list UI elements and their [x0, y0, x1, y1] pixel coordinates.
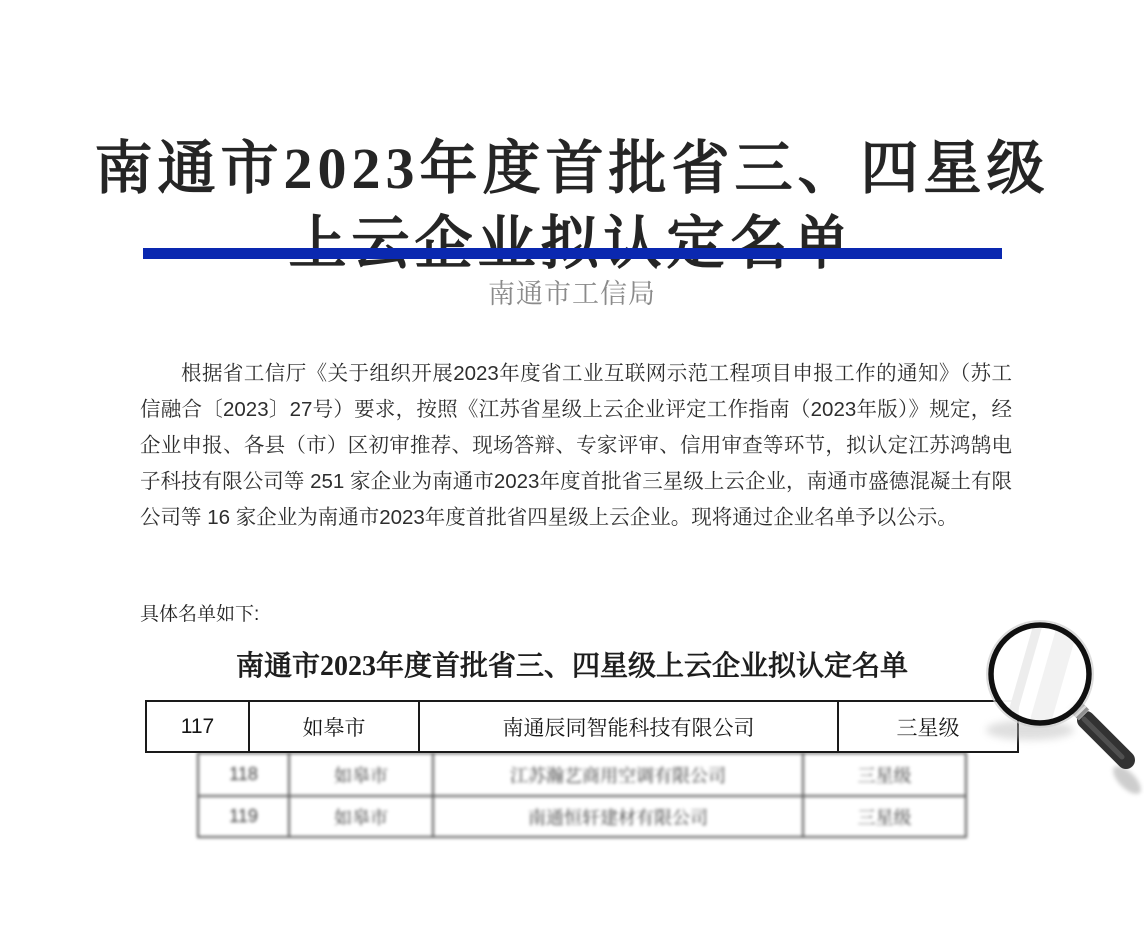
cell-district: 如皋市 — [248, 702, 418, 751]
list-intro: 具体名单如下: — [140, 603, 259, 627]
paragraph-line: 信融合〔2023〕27号）要求，按照《江苏省星级上云企业评定工作指南（2023年… — [140, 392, 1012, 428]
cell-star-level: 三星级 — [802, 754, 965, 795]
cell-star-level: 三星级 — [802, 797, 965, 836]
org-subtitle: 南通市工信局 — [0, 279, 1144, 309]
title-divider — [143, 248, 1002, 259]
magnified-row: 117 如皋市 南通辰同智能科技有限公司 三星级 — [145, 700, 1019, 753]
paragraph-line: 根据省工信厅《关于组织开展2023年度省工业互联网示范工程项目申报工作的通知》（… — [140, 356, 1012, 392]
paragraph-line: 子科技有限公司等 251 家企业为南通市2023年度首批省三星级上云企业，南通市… — [140, 464, 1012, 500]
cell-company: 南通辰同智能科技有限公司 — [418, 702, 837, 751]
cell-no: 118 — [199, 754, 288, 795]
document-page: 南通市2023年度首批省三、四星级 上云企业拟认定名单 南通市工信局 根据省工信… — [0, 0, 1144, 944]
page-title-line-1: 南通市2023年度首批省三、四星级 — [0, 131, 1144, 206]
blurred-table: 118 如皋市 江苏瀚艺商用空调有限公司 三星级 119 如皋市 南通恒轩建材有… — [197, 752, 967, 838]
cell-company: 南通恒轩建材有限公司 — [432, 797, 802, 836]
cell-star-level: 三星级 — [837, 702, 1017, 751]
table-row: 118 如皋市 江苏瀚艺商用空调有限公司 三星级 — [199, 754, 965, 795]
cell-no: 117 — [147, 702, 248, 751]
table-row: 119 如皋市 南通恒轩建材有限公司 三星级 — [199, 795, 965, 836]
cell-district: 如皋市 — [288, 797, 432, 836]
table-title: 南通市2023年度首批省三、四星级上云企业拟认定名单 — [0, 650, 1144, 684]
cell-no: 119 — [199, 797, 288, 836]
cell-company: 江苏瀚艺商用空调有限公司 — [432, 754, 802, 795]
paragraph-line: 企业申报、各县（市）区初审推荐、现场答辩、专家评审、信用审查等环节，拟认定江苏鸿… — [140, 428, 1012, 464]
paragraph-line: 公司等 16 家企业为南通市2023年度首批省四星级上云企业。现将通过企业名单予… — [140, 500, 1012, 536]
cell-district: 如皋市 — [288, 754, 432, 795]
announcement-paragraph: 根据省工信厅《关于组织开展2023年度省工业互联网示范工程项目申报工作的通知》（… — [140, 356, 1012, 536]
page-title-line-2: 上云企业拟认定名单 — [0, 206, 1144, 281]
